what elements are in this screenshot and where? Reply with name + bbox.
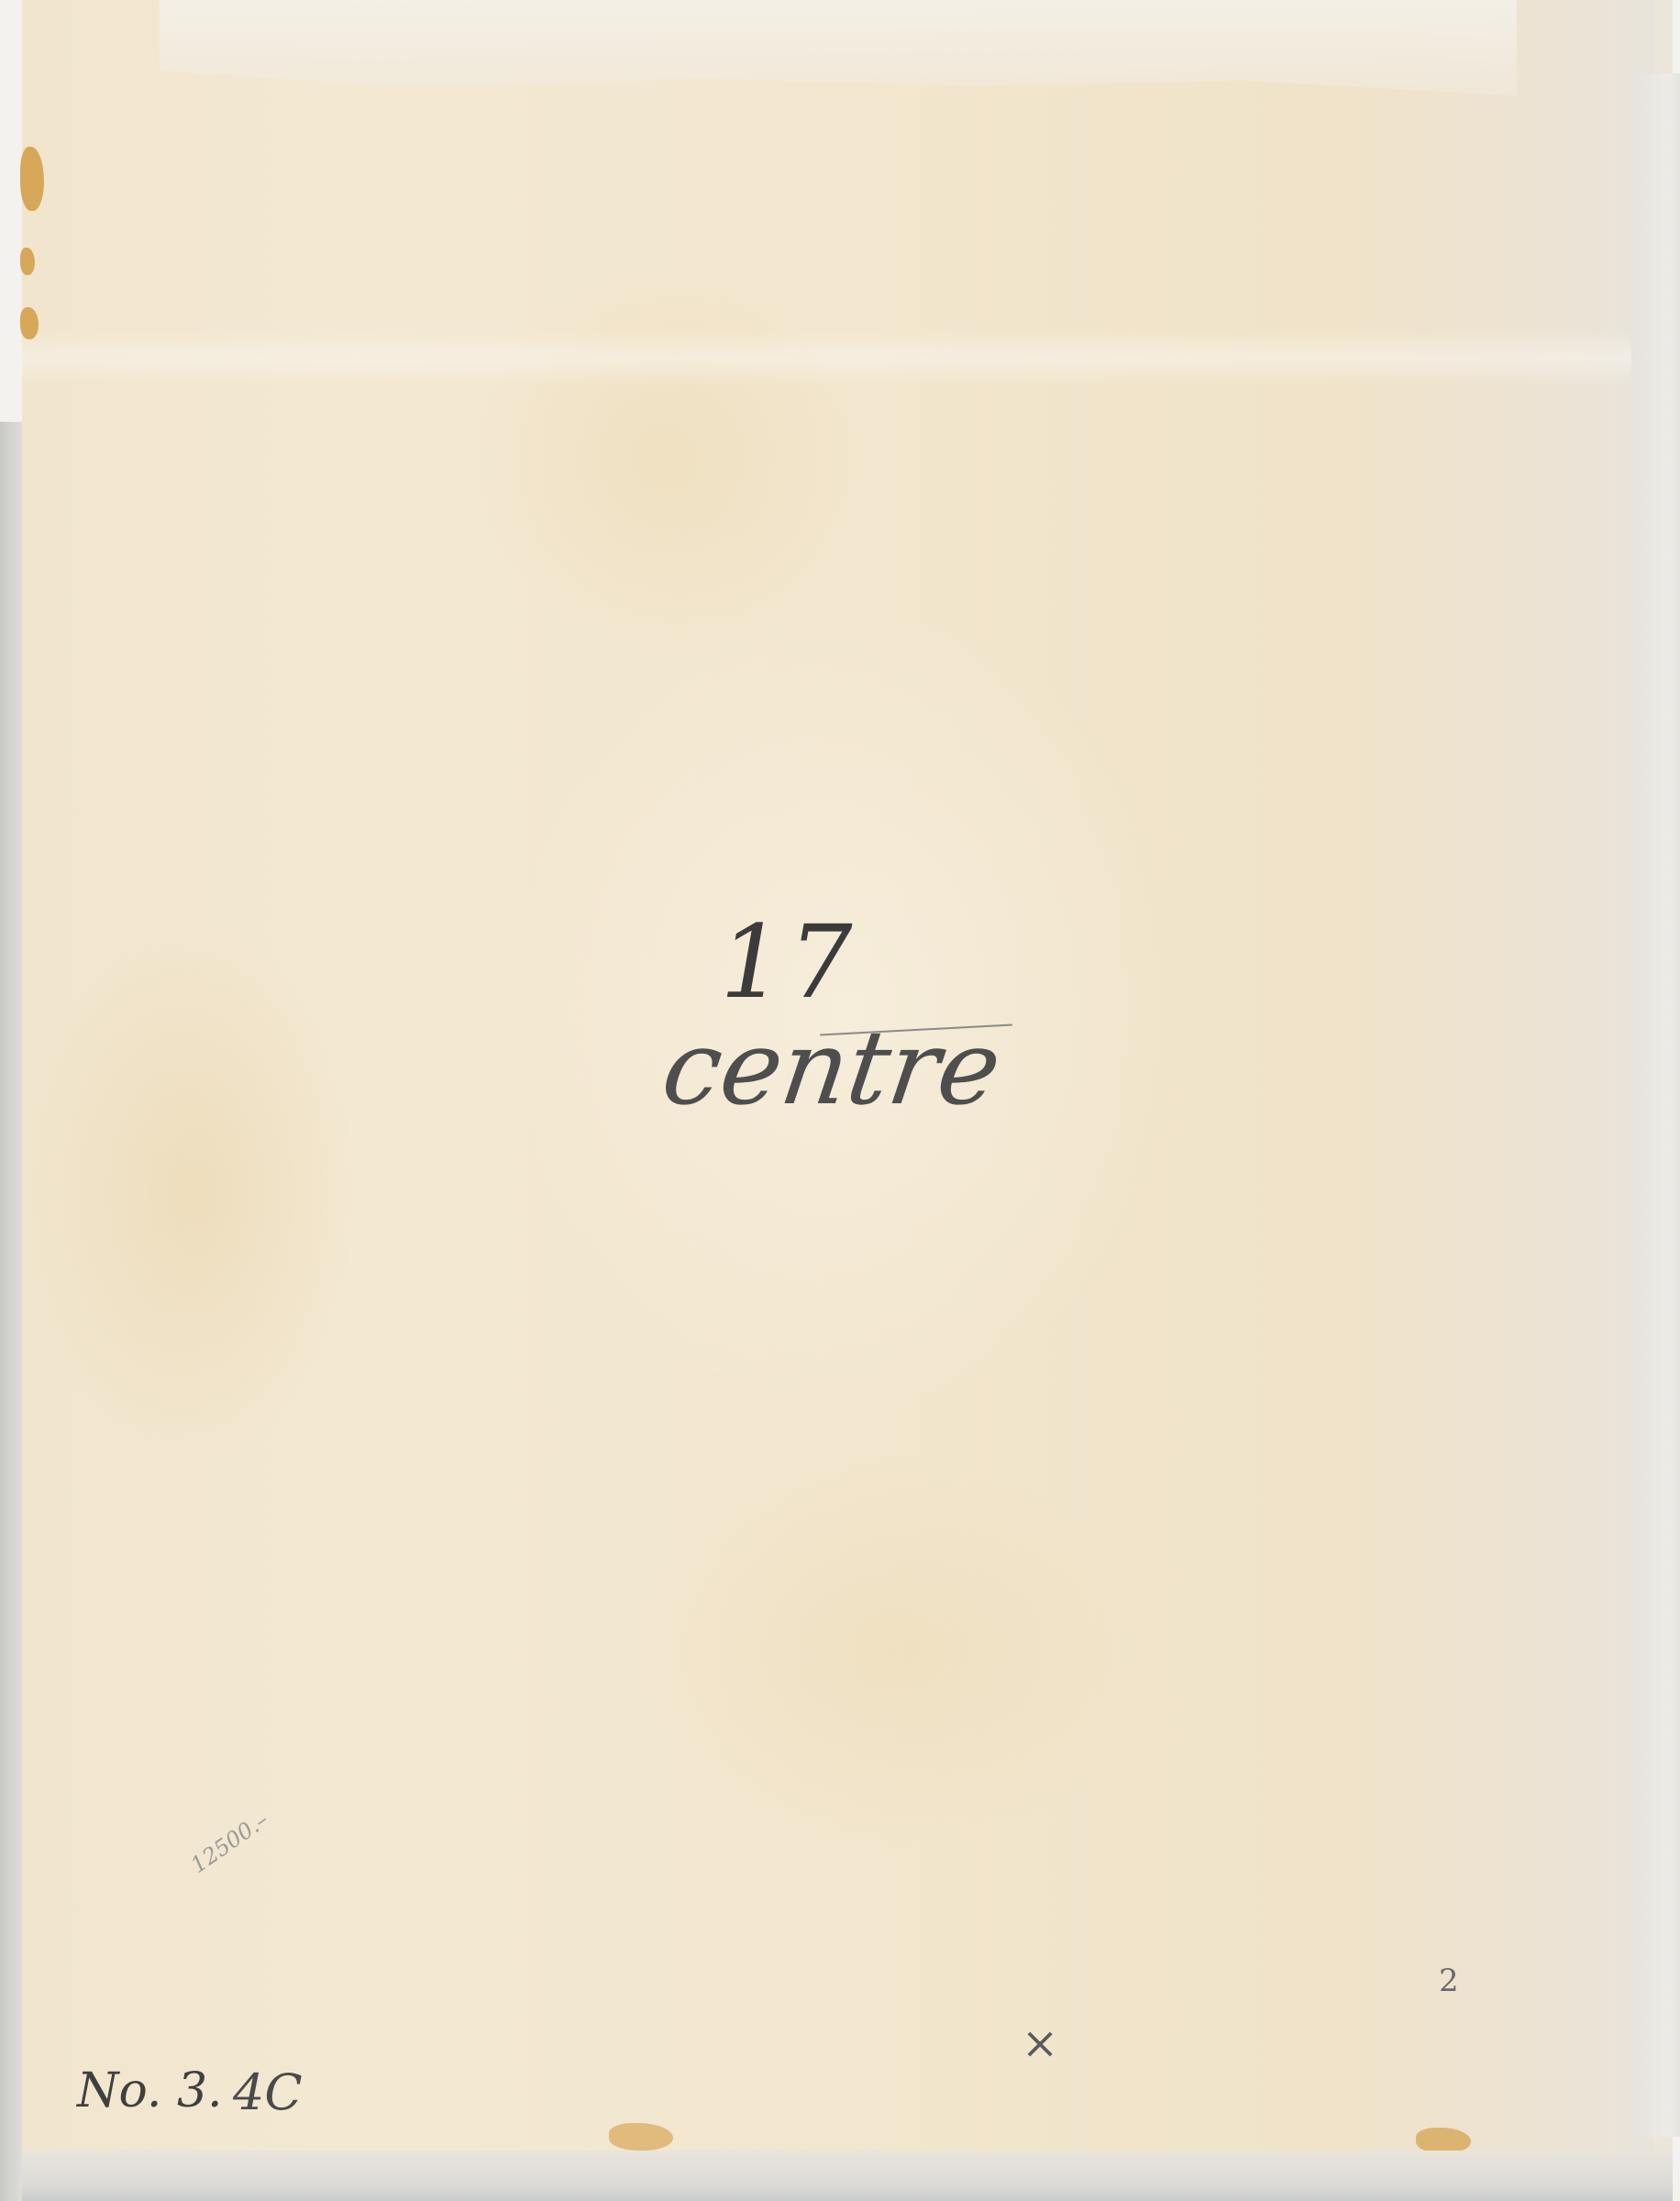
annotation-corner-number: 2 xyxy=(1439,1963,1459,1999)
background-backdrop xyxy=(0,422,24,2201)
bottom-edge-tape xyxy=(22,2151,1673,2201)
mounted-sheet: 17 centre 12500.– No. 3. 4C × 2 xyxy=(22,0,1673,2201)
light-band xyxy=(22,330,1654,385)
annotation-price: 12500.– xyxy=(186,1807,273,1878)
annotation-code: 4C xyxy=(233,2063,303,2121)
stain-bottom-2 xyxy=(1416,2128,1471,2153)
stain-bottom-1 xyxy=(609,2123,673,2151)
annotation-number: 17 xyxy=(709,903,869,1021)
paper-verso: 17 centre 12500.– No. 3. 4C × 2 xyxy=(22,0,1654,2160)
right-edge-tape xyxy=(1631,73,1680,2137)
stain-left-3 xyxy=(20,307,39,339)
annotation-cross-mark: × xyxy=(1022,2018,1058,2069)
annotation-word: centre xyxy=(656,1009,1008,1128)
top-hinge-tape xyxy=(160,0,1517,101)
annotation-inventory-number: No. 3. xyxy=(77,2063,223,2118)
stain-left-1 xyxy=(20,147,44,211)
stain-left-2 xyxy=(20,248,35,275)
